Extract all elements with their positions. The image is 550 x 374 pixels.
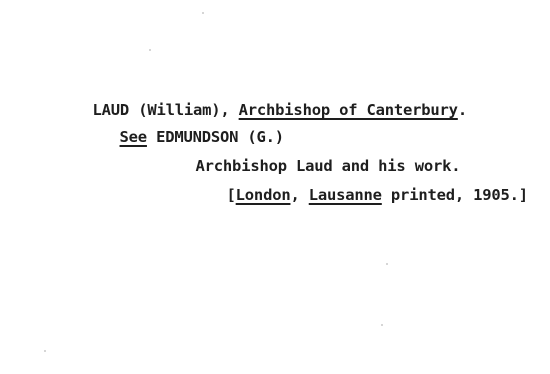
imprint-line: [London, Lausanne printed, 1905.]: [190, 168, 528, 222]
scan-speck: [202, 12, 204, 14]
scan-speck: [381, 324, 383, 326]
imprint-open-bracket: [: [227, 186, 236, 204]
imprint-lausanne-underlined-text: Lausanne: [309, 186, 382, 204]
heading-period-text: .: [458, 101, 467, 119]
catalog-card: LAUD (William), Archbishop of Canterbury…: [0, 0, 550, 374]
scan-speck: [149, 49, 151, 51]
imprint-comma-text: ,: [290, 186, 308, 204]
see-underlined-text: See: [120, 128, 147, 146]
imprint-date-text: printed, 1905.]: [382, 186, 528, 204]
scan-speck: [386, 263, 388, 265]
imprint-london-underlined-text: London: [236, 186, 291, 204]
scan-speck: [44, 350, 46, 352]
